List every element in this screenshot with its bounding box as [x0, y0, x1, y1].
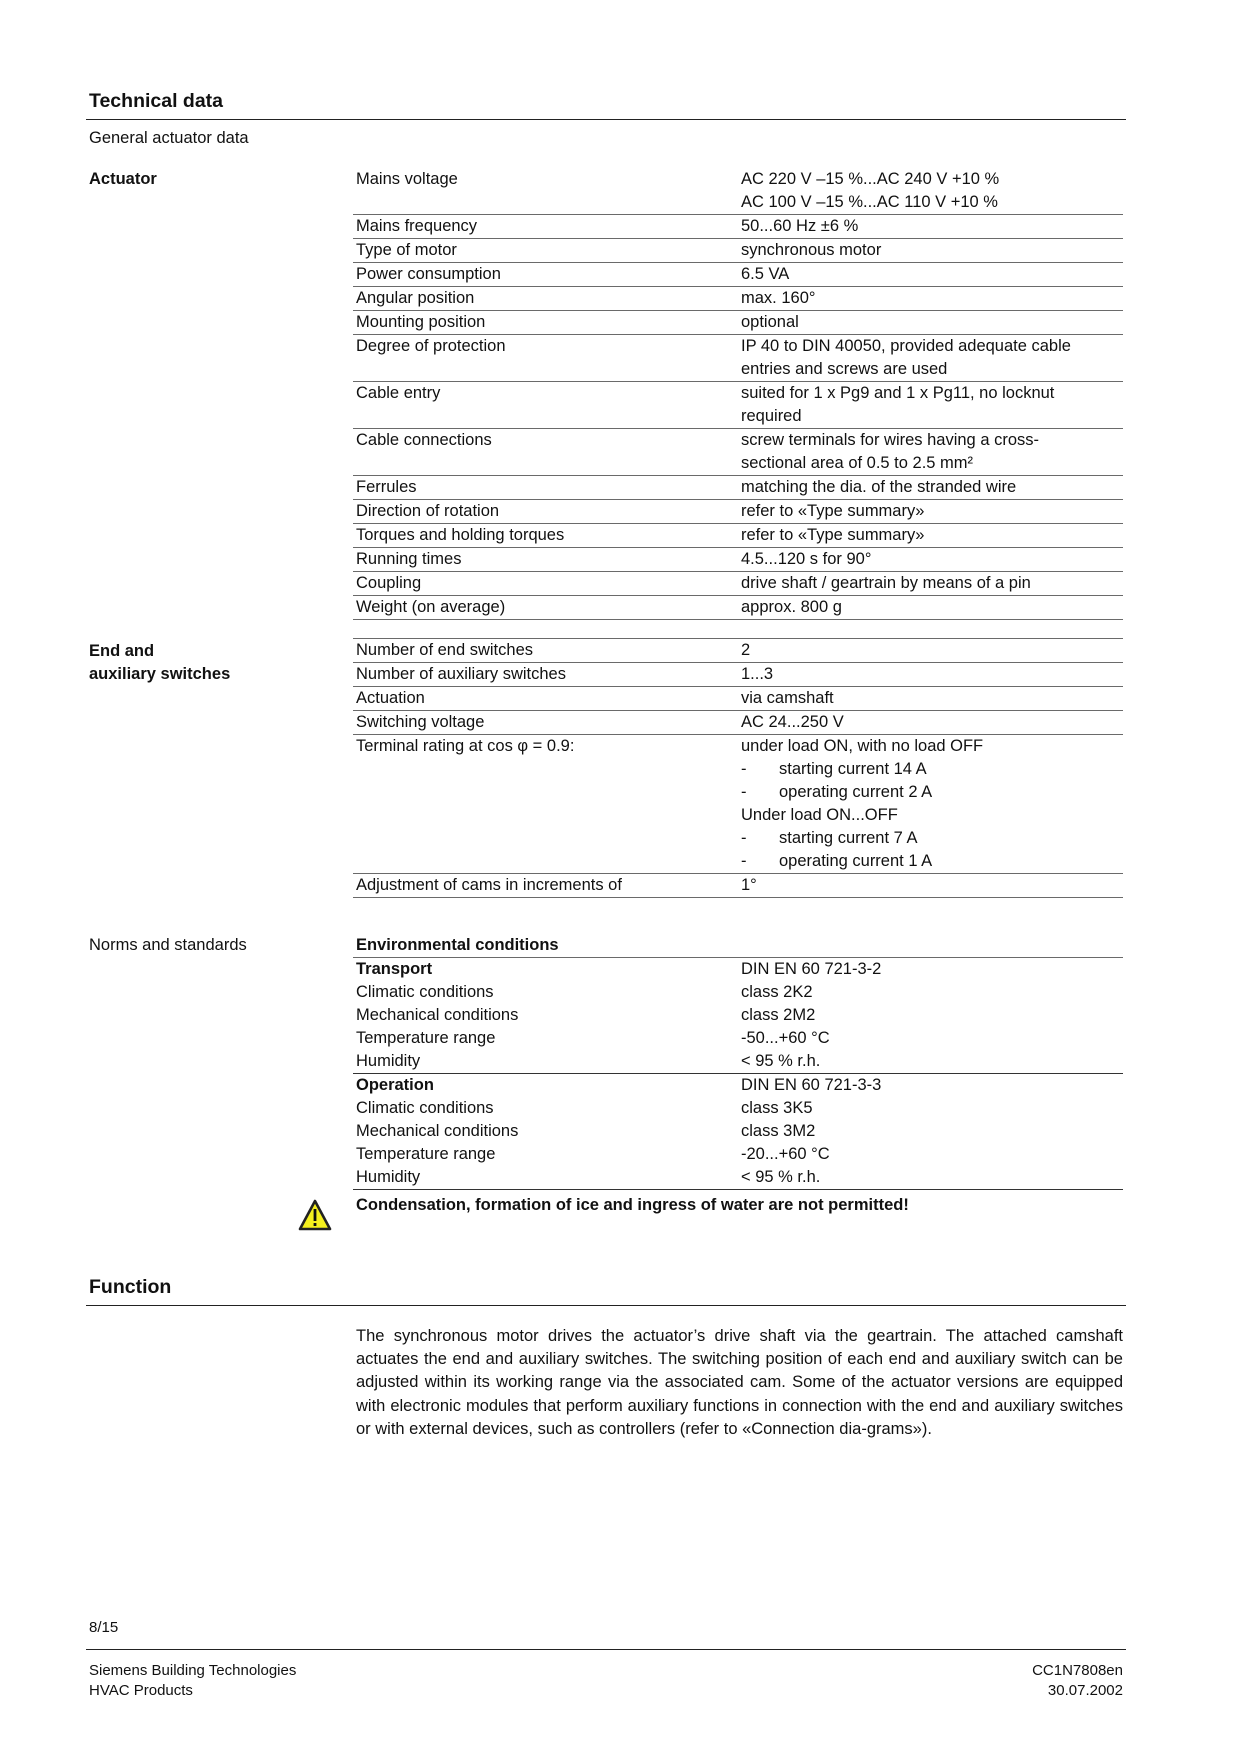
table-row: Mechanical conditionsclass 2M2 [353, 1004, 1123, 1027]
table-row-transport-title: Transport DIN EN 60 721-3-2 [353, 958, 1123, 982]
spec-value: under load ON, with no load OFF -startin… [738, 735, 1123, 874]
table-row: Climatic conditionsclass 3K5 [353, 1097, 1123, 1120]
spec-value-line: approx. 800 g [741, 596, 1123, 619]
spec-value-line: entries and screws are used [741, 358, 1123, 381]
spec-value: -20...+60 °C [738, 1143, 1123, 1166]
spec-value: drive shaft / geartrain by means of a pi… [738, 572, 1123, 596]
operation-standard: DIN EN 60 721-3-3 [738, 1074, 1123, 1098]
spec-key: Mains frequency [353, 215, 738, 239]
spec-key: Torques and holding torques [353, 524, 738, 548]
table-row: Cable connectionsscrew terminals for wir… [353, 429, 1123, 476]
spec-value: 50...60 Hz ±6 % [738, 215, 1123, 239]
table-row: Humidity< 95 % r.h. [353, 1166, 1123, 1190]
spec-key: Direction of rotation [353, 500, 738, 524]
spec-value: 6.5 VA [738, 263, 1123, 287]
spec-value: AC 24...250 V [738, 711, 1123, 735]
transport-title: Transport [353, 958, 738, 982]
spec-key: Mains voltage [353, 168, 738, 215]
footer-company-name: Siemens Building Technologies [89, 1661, 296, 1681]
list-item: -operating current 2 A [741, 781, 1123, 804]
spec-key: Climatic conditions [353, 981, 738, 1004]
footer-doc-id: CC1N7808en [1032, 1661, 1123, 1681]
spec-key: Weight (on average) [353, 596, 738, 620]
spec-key: Mechanical conditions [353, 1004, 738, 1027]
terminal-group2-title: Under load ON...OFF [741, 804, 1123, 827]
spec-value: synchronous motor [738, 239, 1123, 263]
table-row: Mechanical conditionsclass 3M2 [353, 1120, 1123, 1143]
table-row: Temperature range-20...+60 °C [353, 1143, 1123, 1166]
spec-value: refer to «Type summary» [738, 500, 1123, 524]
table-row: Mains frequency50...60 Hz ±6 % [353, 215, 1123, 239]
table-row-operation-title: Operation DIN EN 60 721-3-3 [353, 1074, 1123, 1098]
table-row: Actuationvia camshaft [353, 687, 1123, 711]
table-row: Running times4.5...120 s for 90° [353, 548, 1123, 572]
spec-value-line: drive shaft / geartrain by means of a pi… [741, 572, 1123, 595]
footer-date: 30.07.2002 [1032, 1681, 1123, 1701]
table-row: Degree of protectionIP 40 to DIN 40050, … [353, 335, 1123, 382]
spec-key: Coupling [353, 572, 738, 596]
spec-key: Power consumption [353, 263, 738, 287]
spec-key: Mechanical conditions [353, 1120, 738, 1143]
spec-value: approx. 800 g [738, 596, 1123, 620]
group-label-switches-line1: End and [89, 640, 230, 663]
spec-key: Cable entry [353, 382, 738, 429]
table-row: Temperature range-50...+60 °C [353, 1027, 1123, 1050]
spec-value-line: 50...60 Hz ±6 % [741, 215, 1123, 238]
section-divider [86, 1305, 1126, 1306]
spec-key: Number of auxiliary switches [353, 663, 738, 687]
spec-value-line: sectional area of 0.5 to 2.5 mm² [741, 452, 1123, 475]
spec-key: Adjustment of cams in increments of [353, 874, 738, 898]
spec-value-line: IP 40 to DIN 40050, provided adequate ca… [741, 335, 1123, 358]
switches-spec-table: Number of end switches2Number of auxilia… [353, 638, 1123, 898]
spec-value: 2 [738, 639, 1123, 663]
spec-key: Actuation [353, 687, 738, 711]
table-row: Direction of rotationrefer to «Type summ… [353, 500, 1123, 524]
spec-value: refer to «Type summary» [738, 524, 1123, 548]
env-heading: Environmental conditions [353, 934, 738, 958]
spec-key: Humidity [353, 1050, 738, 1074]
warning-text: Condensation, formation of ice and ingre… [356, 1196, 909, 1215]
table-row: Climatic conditionsclass 2K2 [353, 981, 1123, 1004]
spec-value: 1...3 [738, 663, 1123, 687]
section-title-function: Function [89, 1276, 171, 1299]
spec-key: Degree of protection [353, 335, 738, 382]
spec-key: Running times [353, 548, 738, 572]
spec-value-line: optional [741, 311, 1123, 334]
spec-value: matching the dia. of the stranded wire [738, 476, 1123, 500]
spec-value-line: synchronous motor [741, 239, 1123, 262]
spec-value: 1° [738, 874, 1123, 898]
spec-value: 4.5...120 s for 90° [738, 548, 1123, 572]
spec-value: < 95 % r.h. [738, 1166, 1123, 1190]
spec-key: Angular position [353, 287, 738, 311]
norms-spec-table: Environmental conditions Transport DIN E… [353, 934, 1123, 1190]
spec-value: screw terminals for wires having a cross… [738, 429, 1123, 476]
spec-value-line: 6.5 VA [741, 263, 1123, 286]
table-row: Couplingdrive shaft / geartrain by means… [353, 572, 1123, 596]
spec-key: Temperature range [353, 1027, 738, 1050]
table-row: Torques and holding torquesrefer to «Typ… [353, 524, 1123, 548]
table-row: Cable entrysuited for 1 x Pg9 and 1 x Pg… [353, 382, 1123, 429]
group-label-switches-line2: auxiliary switches [89, 663, 230, 686]
spec-value: IP 40 to DIN 40050, provided adequate ca… [738, 335, 1123, 382]
spec-value-line: refer to «Type summary» [741, 500, 1123, 523]
spec-value-line: 4.5...120 s for 90° [741, 548, 1123, 571]
group-label-norms: Norms and standards [89, 934, 247, 957]
spec-key: Cable connections [353, 429, 738, 476]
spec-key: Terminal rating at cos φ = 0.9: [353, 735, 738, 874]
table-row: Humidity< 95 % r.h. [353, 1050, 1123, 1074]
transport-standard: DIN EN 60 721-3-2 [738, 958, 1123, 982]
table-row: Number of end switches2 [353, 639, 1123, 663]
spec-value: max. 160° [738, 287, 1123, 311]
spec-key: Climatic conditions [353, 1097, 738, 1120]
list-item: -starting current 7 A [741, 827, 1123, 850]
table-row-terminal-rating: Terminal rating at cos φ = 0.9: under lo… [353, 735, 1123, 874]
table-row: Type of motorsynchronous motor [353, 239, 1123, 263]
table-row-env-heading: Environmental conditions [353, 934, 1123, 958]
warning-triangle-icon [298, 1198, 332, 1232]
footer-doc-info: CC1N7808en 30.07.2002 [1032, 1661, 1123, 1701]
group-label-switches: End and auxiliary switches [89, 640, 230, 686]
footer-division: HVAC Products [89, 1681, 296, 1701]
spec-value: class 2K2 [738, 981, 1123, 1004]
spec-value: class 3K5 [738, 1097, 1123, 1120]
spec-value-line: AC 100 V –15 %...AC 110 V +10 % [741, 191, 1123, 214]
group-label-actuator: Actuator [89, 168, 157, 191]
table-row: Number of auxiliary switches1...3 [353, 663, 1123, 687]
spec-value-line: matching the dia. of the stranded wire [741, 476, 1123, 499]
spec-value: optional [738, 311, 1123, 335]
spec-value-line: AC 220 V –15 %...AC 240 V +10 % [741, 168, 1123, 191]
spec-key: Number of end switches [353, 639, 738, 663]
table-row: Ferrulesmatching the dia. of the strande… [353, 476, 1123, 500]
spec-value: suited for 1 x Pg9 and 1 x Pg11, no lock… [738, 382, 1123, 429]
spec-value: < 95 % r.h. [738, 1050, 1123, 1074]
spec-value-line: required [741, 405, 1123, 428]
spec-key: Ferrules [353, 476, 738, 500]
spec-value: class 2M2 [738, 1004, 1123, 1027]
section-divider [86, 119, 1126, 120]
page-number: 8/15 [89, 1618, 118, 1638]
section-title-technical-data: Technical data [89, 90, 223, 113]
table-row-adjustment: Adjustment of cams in increments of 1° [353, 874, 1123, 898]
spec-value: class 3M2 [738, 1120, 1123, 1143]
list-item: -starting current 14 A [741, 758, 1123, 781]
spec-value-line: max. 160° [741, 287, 1123, 310]
section-subtitle: General actuator data [89, 129, 249, 148]
list-item: -operating current 1 A [741, 850, 1123, 873]
spec-key: Humidity [353, 1166, 738, 1190]
spec-value-line: refer to «Type summary» [741, 524, 1123, 547]
spec-key: Type of motor [353, 239, 738, 263]
footer-company: Siemens Building Technologies HVAC Produ… [89, 1661, 296, 1701]
actuator-spec-table: Mains voltageAC 220 V –15 %...AC 240 V +… [353, 168, 1123, 620]
spec-key: Switching voltage [353, 711, 738, 735]
spec-value: AC 220 V –15 %...AC 240 V +10 %AC 100 V … [738, 168, 1123, 215]
table-row: Mains voltageAC 220 V –15 %...AC 240 V +… [353, 168, 1123, 215]
spec-key: Mounting position [353, 311, 738, 335]
spec-value-line: suited for 1 x Pg9 and 1 x Pg11, no lock… [741, 382, 1123, 405]
spec-value-line: screw terminals for wires having a cross… [741, 429, 1123, 452]
table-row: Mounting positionoptional [353, 311, 1123, 335]
terminal-group1-title: under load ON, with no load OFF [741, 735, 1123, 758]
table-row: Power consumption6.5 VA [353, 263, 1123, 287]
footer-divider [86, 1649, 1126, 1650]
spec-key: Temperature range [353, 1143, 738, 1166]
table-row: Angular positionmax. 160° [353, 287, 1123, 311]
operation-title: Operation [353, 1074, 738, 1098]
spec-value: -50...+60 °C [738, 1027, 1123, 1050]
function-paragraph: The synchronous motor drives the actuato… [356, 1325, 1123, 1441]
spec-value: via camshaft [738, 687, 1123, 711]
table-row: Weight (on average)approx. 800 g [353, 596, 1123, 620]
table-row: Switching voltageAC 24...250 V [353, 711, 1123, 735]
